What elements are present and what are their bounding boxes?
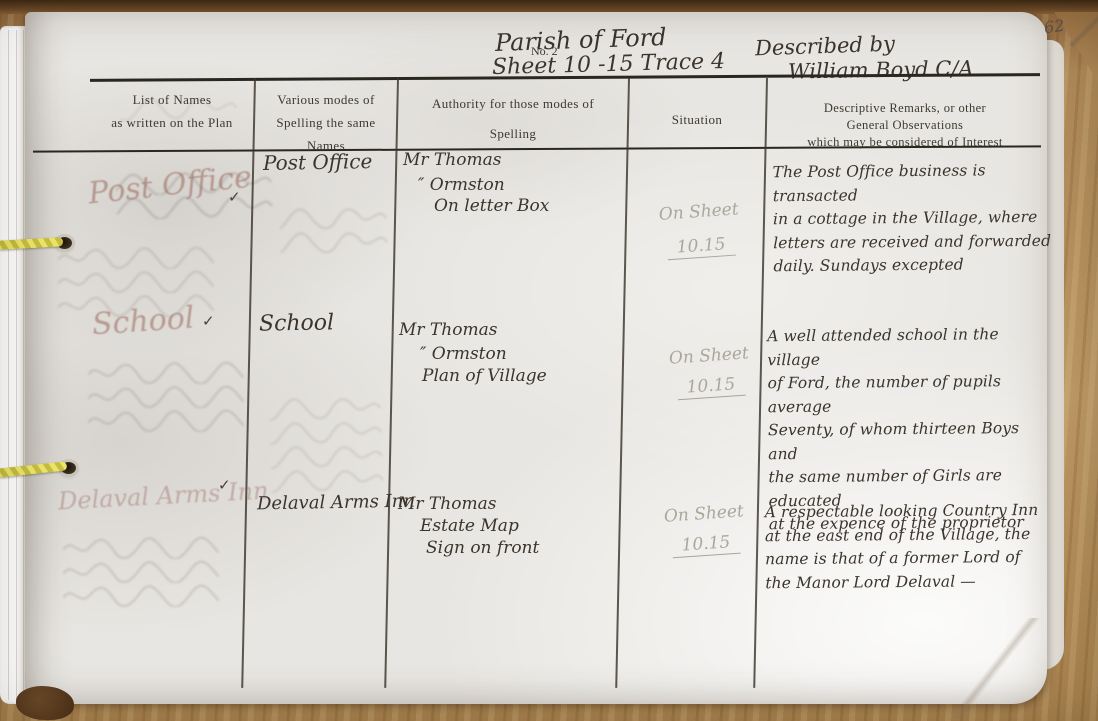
authority-line: Plan of Village [422,366,547,386]
photographed-document-scene: Parish of Ford No. 2 Sheet 10 -15 Trace … [0,0,1098,721]
page-edge-line [23,30,24,700]
page-number: 62 [1043,16,1066,38]
surveyor-name-script: William Boyd C/A [788,56,974,83]
authority-line: Sign on front [426,538,539,558]
bleedthrough-writing [279,203,391,255]
described-by-script: Described by [755,32,896,61]
bottom-right-crease [920,618,1070,718]
page-edge-line [16,30,17,700]
accepted-name: Post Office [263,149,373,175]
column-header-situation: Situation [630,108,764,131]
authority-line: ″ Ormston [420,344,507,364]
authority-line: Mr Thomas [399,320,497,340]
remarks-entry: A respectable looking Country Inn at the… [765,499,1050,595]
authority-line: ″ Ormston [418,175,505,195]
authority-line: On letter Box [434,196,549,216]
check-mark-icon: ✓ [228,188,241,206]
situation-entry: On Sheet 10.15 [643,500,766,560]
bleedthrough-writing [268,393,386,493]
bleedthrough-writing [85,360,250,432]
accepted-name: Delaval Arms Inn [257,491,415,515]
book-cover-edge [16,686,74,720]
column-header-spelling-modes: Various modes of Spelling the same Names [258,88,394,157]
authority-line: Mr Thomas [398,494,496,514]
authority-line: Mr Thomas [403,150,501,170]
authority-line: Estate Map [420,516,519,536]
column-header-names-on-plan: List of Names as written on the Plan [92,88,252,134]
accepted-name: School [259,310,335,336]
check-mark-icon: ✓ [218,476,231,494]
plan-name-faded: School [91,300,196,342]
bleedthrough-writing [60,535,225,607]
remarks-entry: The Post Office business is transacted i… [772,159,1051,279]
check-mark-icon: ✓ [202,312,215,330]
column-header-remarks: Descriptive Remarks, or other General Ob… [770,100,1040,151]
column-header-authority: Authority for those modes of Spelling [400,92,626,145]
situation-entry: On Sheet 10.15 [648,342,771,402]
situation-entry: On Sheet 10.15 [638,198,762,262]
page-edge-line [8,30,9,700]
